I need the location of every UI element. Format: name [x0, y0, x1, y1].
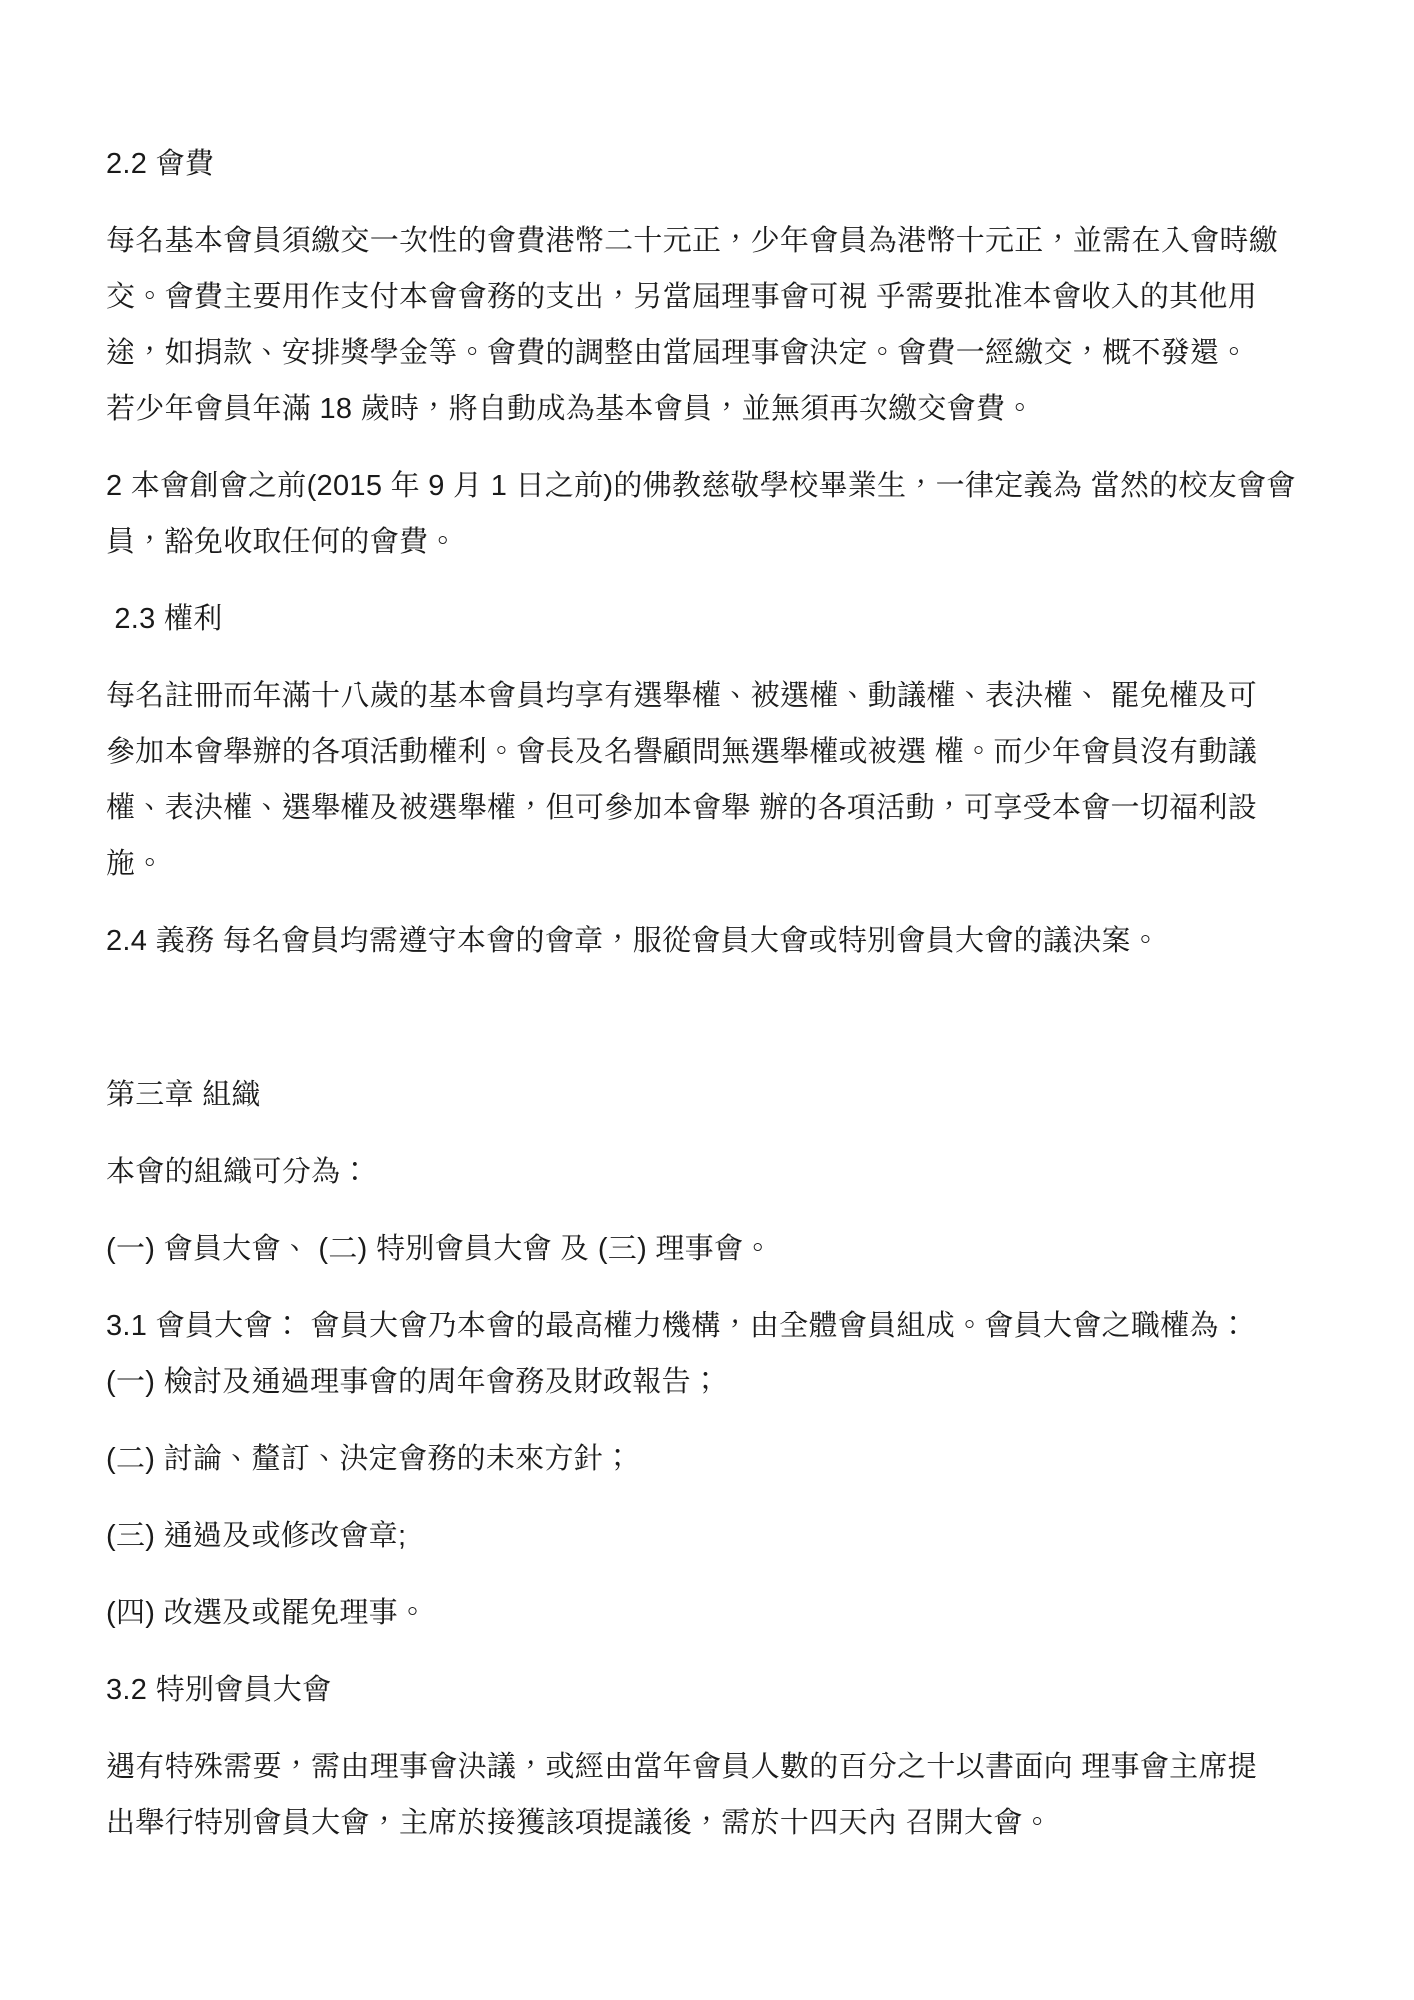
document-page: 2.2 會費 每名基本會員須繳交一次性的會費港幣二十元正，少年會員為港幣十元正，…: [0, 0, 1414, 2000]
section-membership-fee: 2.2 會費 每名基本會員須繳交一次性的會費港幣二十元正，少年會員為港幣十元正，…: [106, 136, 1314, 570]
organization-structure-paragraph: (一) 會員大會、 (二) 特別會員大會 及 (三) 理事會。: [106, 1221, 1314, 1277]
founding-note-line-1: 2 本會創會之前(2015 年 9 月 1 日之前)的佛教慈敬學校畢業生，一律定…: [106, 458, 1314, 514]
general-meeting-line-2: (一) 檢討及通過理事會的周年會務及財政報告；: [106, 1354, 1314, 1410]
general-meeting-power-item-3-text: (三) 通過及或修改會章;: [106, 1508, 1314, 1564]
membership-fee-line-4: 若少年會員年滿 18 歲時，將自動成為基本會員，並無須再次繳交會費。: [106, 381, 1314, 437]
heading-3-2-text: 3.2 特別會員大會: [106, 1662, 1314, 1718]
founding-note-paragraph: 2 本會創會之前(2015 年 9 月 1 日之前)的佛教慈敬學校畢業生，一律定…: [106, 458, 1314, 570]
rights-paragraph: 每名註冊而年滿十八歲的基本會員均享有選舉權、被選權、動議權、表決權、 罷免權及可…: [106, 668, 1314, 892]
general-meeting-power-item-4: (四) 改選及或罷免理事。: [106, 1585, 1314, 1641]
membership-fee-line-3: 途，如捐款、安排獎學金等。會費的調整由當屆理事會決定。會費一經繳交，概不發還。: [106, 325, 1314, 381]
organization-structure-text: (一) 會員大會、 (二) 特別會員大會 及 (三) 理事會。: [106, 1221, 1314, 1277]
general-meeting-power-item-2-text: (二) 討論、釐訂、決定會務的未來方針；: [106, 1431, 1314, 1487]
obligations-paragraph: 2.4 義務 每名會員均需遵守本會的會章，服從會員大會或特別會員大會的議決案。: [106, 913, 1314, 969]
heading-2-3-text: 2.3 權利: [106, 591, 1314, 647]
rights-line-4: 施。: [106, 836, 1314, 892]
rights-line-1: 每名註冊而年滿十八歲的基本會員均享有選舉權、被選權、動議權、表決權、 罷免權及可: [106, 668, 1314, 724]
general-meeting-power-item-4-text: (四) 改選及或罷免理事。: [106, 1585, 1314, 1641]
rights-line-2: 參加本會舉辦的各項活動權利。會長及名譽顧問無選舉權或被選 權。而少年會員沒有動議: [106, 724, 1314, 780]
special-meeting-line-1: 遇有特殊需要，需由理事會決議，或經由當年會員人數的百分之十以書面向 理事會主席提: [106, 1739, 1314, 1795]
rights-line-3: 權、表決權、選舉權及被選舉權，但可參加本會舉 辦的各項活動，可享受本會一切福利設: [106, 780, 1314, 836]
obligations-text: 2.4 義務 每名會員均需遵守本會的會章，服從會員大會或特別會員大會的議決案。: [106, 913, 1314, 969]
membership-fee-line-2: 交。會費主要用作支付本會會務的支出，另當屆理事會可視 乎需要批准本會收入的其他用: [106, 269, 1314, 325]
blank-paragraph: [106, 990, 1314, 1046]
organization-intro-text: 本會的組織可分為：: [106, 1144, 1314, 1200]
heading-2-2-text: 2.2 會費: [106, 136, 1314, 192]
heading-2-2: 2.2 會費: [106, 136, 1314, 192]
blank-line: [106, 990, 1314, 1046]
section-chapter-three: 第三章 組織 本會的組織可分為： (一) 會員大會、 (二) 特別會員大會 及 …: [106, 1067, 1314, 1851]
heading-chapter-three-text: 第三章 組織: [106, 1067, 1314, 1123]
organization-intro-paragraph: 本會的組織可分為：: [106, 1144, 1314, 1200]
general-meeting-power-item-3: (三) 通過及或修改會章;: [106, 1508, 1314, 1564]
general-meeting-power-item-2: (二) 討論、釐訂、決定會務的未來方針；: [106, 1431, 1314, 1487]
section-rights: 2.3 權利 每名註冊而年滿十八歲的基本會員均享有選舉權、被選權、動議權、表決權…: [106, 591, 1314, 892]
membership-fee-line-1: 每名基本會員須繳交一次性的會費港幣二十元正，少年會員為港幣十元正，並需在入會時繳: [106, 213, 1314, 269]
membership-fee-paragraph: 每名基本會員須繳交一次性的會費港幣二十元正，少年會員為港幣十元正，並需在入會時繳…: [106, 213, 1314, 437]
special-meeting-line-2: 出舉行特別會員大會，主席於接獲該項提議後，需於十四天內 召開大會。: [106, 1795, 1314, 1851]
founding-note-line-2: 員，豁免收取任何的會費。: [106, 514, 1314, 570]
general-meeting-line-1: 3.1 會員大會： 會員大會乃本會的最高權力機構，由全體會員組成。會員大會之職權…: [106, 1298, 1314, 1354]
general-meeting-paragraph: 3.1 會員大會： 會員大會乃本會的最高權力機構，由全體會員組成。會員大會之職權…: [106, 1298, 1314, 1410]
heading-chapter-three: 第三章 組織: [106, 1067, 1314, 1123]
section-obligations: 2.4 義務 每名會員均需遵守本會的會章，服從會員大會或特別會員大會的議決案。: [106, 913, 1314, 969]
heading-2-3: 2.3 權利: [106, 591, 1314, 647]
heading-3-2: 3.2 特別會員大會: [106, 1662, 1314, 1718]
special-meeting-paragraph: 遇有特殊需要，需由理事會決議，或經由當年會員人數的百分之十以書面向 理事會主席提…: [106, 1739, 1314, 1851]
